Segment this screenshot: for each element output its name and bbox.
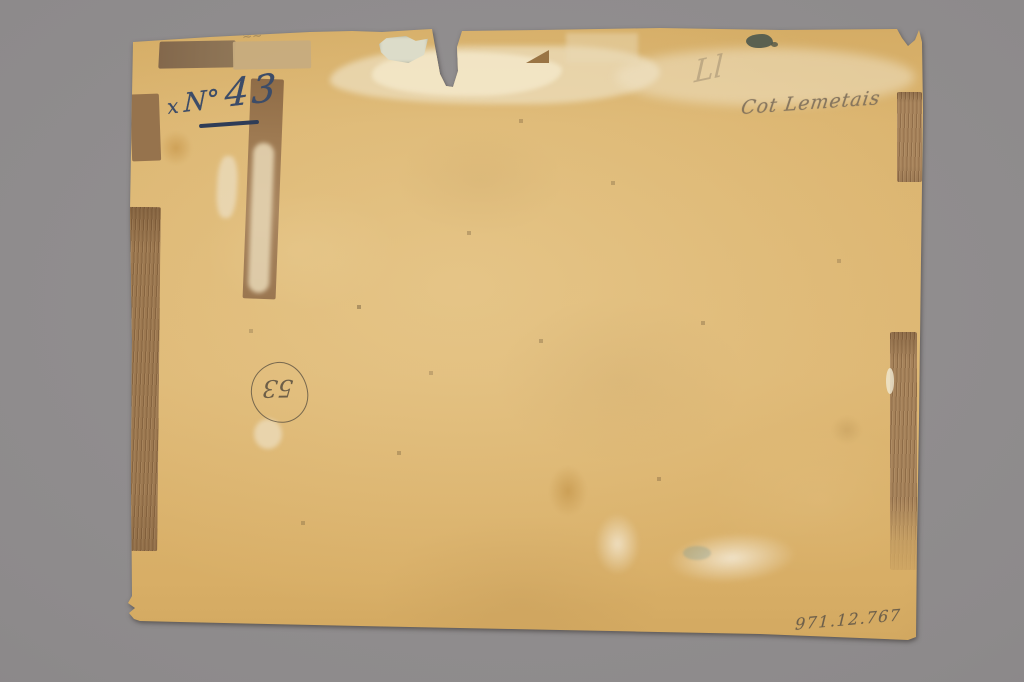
faint-initials: Ll: [693, 48, 724, 90]
paper-shadow: x N° 43 53 Cot Lemetais Ll ≈≈ 971.12.767: [0, 0, 1024, 682]
ink-number-prefix: x: [166, 94, 180, 119]
pale-mark-below-circle: [254, 419, 282, 449]
dark-spot-top-edge: [746, 34, 773, 48]
tape-pale-blaze: [248, 143, 275, 294]
collection-note: Cot Lemetais: [740, 87, 882, 119]
light-tape-ghost-top: [566, 33, 638, 63]
torn-fragment-white: [379, 36, 428, 63]
small-tape-left-edge: [130, 94, 161, 162]
accession-number: 971.12.767: [795, 605, 902, 633]
yellow-stain-top-left: [160, 131, 192, 165]
corrugated-tape-strip-left: [124, 207, 161, 551]
dark-speck-top-edge: [771, 42, 778, 47]
paper-sheet: x N° 43 53 Cot Lemetais Ll ≈≈ 971.12.767: [0, 0, 1024, 682]
corrugated-tape-strip-right-lower: [890, 332, 917, 570]
faint-stain-right-mid: [832, 416, 862, 444]
dark-tape-patch-top-left: [158, 40, 235, 68]
skinned-white-core: [372, 52, 562, 96]
pale-streak-left: [215, 156, 238, 219]
circled-number: 53: [248, 359, 311, 426]
pale-smudge-center: [595, 513, 640, 575]
corrugated-tape-strip-right-top: [897, 92, 922, 182]
circled-number-value: 53: [261, 374, 294, 403]
yellow-stain-center: [549, 466, 587, 516]
paper-specks: [0, 0, 2, 2]
skinned-pale-area: [330, 46, 660, 104]
teal-tinge-spot: [683, 546, 711, 560]
ink-number-value: 43: [224, 65, 280, 116]
edge-scribble: ≈≈: [241, 27, 262, 43]
ink-numero-sign: N°: [184, 84, 220, 119]
photo-backdrop: x N° 43 53 Cot Lemetais Ll ≈≈ 971.12.767: [0, 0, 1024, 682]
tape-residue-triangle: [526, 50, 549, 63]
pale-patch-bottom-center: [666, 529, 797, 588]
